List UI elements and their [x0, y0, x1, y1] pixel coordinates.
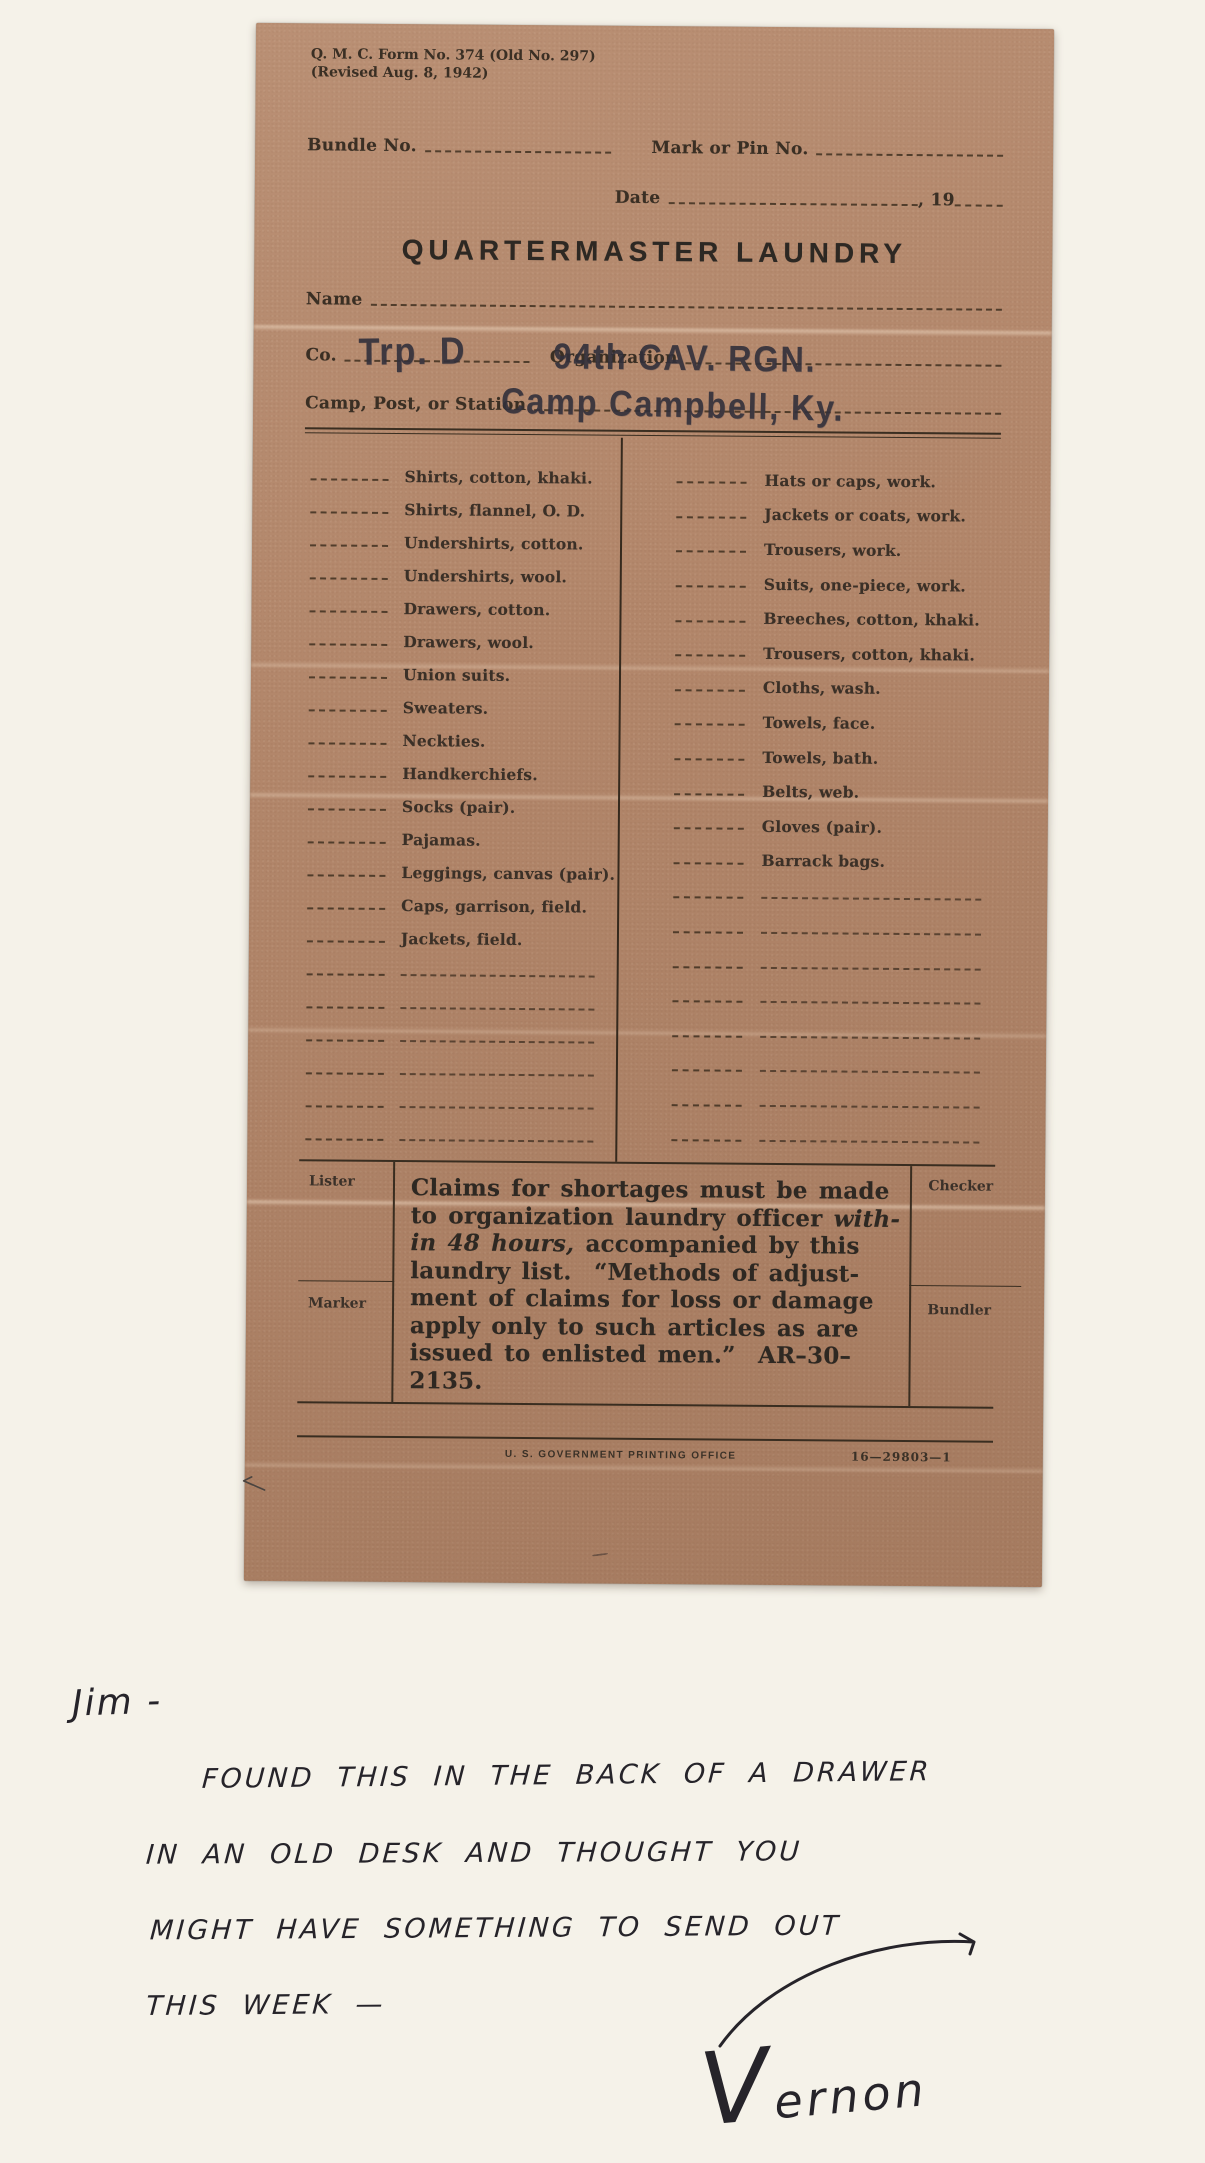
laundry-item-label: Caps, garrison, field.: [401, 896, 587, 916]
laundry-item-label: Trousers, work.: [764, 540, 902, 560]
quantity-blank: [673, 966, 743, 969]
bundle-no-blank: [425, 150, 612, 153]
laundry-item-label: Pajamas.: [402, 830, 481, 850]
claims-line: Claims for shortages must be made: [411, 1174, 901, 1205]
laundry-item-label: Neckties.: [402, 731, 485, 751]
quantity-blank: [311, 478, 389, 481]
pen-arrow-mark: [239, 1475, 267, 1499]
laundry-item-row: Towels, bath.: [674, 739, 990, 776]
laundry-item-row: Handkerchiefs.: [308, 756, 604, 791]
laundry-item-row: Pajamas.: [308, 822, 604, 857]
quantity-blank: [309, 676, 387, 679]
quantity-blank: [309, 709, 387, 712]
item-blank-line: [761, 897, 981, 901]
item-blank-line: [760, 1036, 980, 1040]
quantity-blank: [672, 1000, 742, 1003]
laundry-item-row-blank: [305, 1119, 601, 1154]
claims-line: ment of claims for loss or damage: [410, 1284, 900, 1315]
laundry-item-row: Socks (pair).: [308, 789, 604, 824]
laundry-item-label: Breeches, cotton, khaki.: [763, 609, 980, 630]
laundry-item-row: Undershirts, cotton.: [310, 525, 606, 560]
laundry-item-label: Undershirts, cotton.: [404, 533, 584, 553]
printing-office-line: U. S. GOVERNMENT PRINTING OFFICE: [505, 1449, 737, 1462]
quantity-blank: [675, 620, 745, 623]
laundry-item-row: Drawers, wool.: [309, 624, 605, 659]
laundry-item-label: Suits, one-piece, work.: [764, 574, 966, 595]
laundry-item-label: Belts, web.: [762, 782, 859, 802]
item-blank-line: [401, 974, 595, 978]
laundry-item-row: Leggings, canvas (pair).: [307, 855, 603, 890]
laundry-item-row: Trousers, work.: [676, 531, 992, 568]
paper-crease: [245, 1463, 1043, 1473]
laundry-item-row: Jackets or coats, work.: [676, 497, 992, 534]
claims-line: issued to enlisted men.” AR–30–: [410, 1339, 900, 1370]
laundry-item-row: Shirts, flannel, O. D.: [310, 492, 606, 527]
quantity-blank: [674, 793, 744, 796]
laundry-item-row: Breeches, cotton, khaki.: [675, 601, 991, 638]
marker-cell: Marker: [297, 1281, 394, 1402]
quantity-blank: [675, 724, 745, 727]
laundry-item-row: Undershirts, wool.: [310, 558, 606, 593]
co-label: Co.: [305, 345, 337, 365]
year-label: , 19: [918, 190, 955, 210]
laundry-item-row-blank: [671, 1119, 987, 1156]
quantity-blank: [676, 551, 746, 554]
quantity-blank: [308, 841, 386, 844]
quantity-blank: [672, 1035, 742, 1038]
laundry-item-row-blank: [673, 912, 989, 949]
laundry-item-row: Drawers, cotton.: [309, 591, 605, 626]
form-number-line2: (Revised Aug. 8, 1942): [311, 64, 671, 85]
quantity-blank: [675, 689, 745, 692]
laundry-item-row-blank: [672, 1016, 988, 1053]
laundry-item-label: Socks (pair).: [402, 797, 516, 817]
item-blank-line: [400, 1040, 594, 1044]
laundry-item-row: Union suits.: [309, 657, 605, 692]
laundry-item-row: Jackets, field.: [307, 921, 603, 956]
laundry-item-row-blank: [673, 877, 989, 914]
laundry-item-row: Caps, garrison, field.: [307, 888, 603, 923]
item-blank-line: [400, 1106, 594, 1110]
items-column-left: Shirts, cotton, khaki. Shirts, flannel, …: [299, 435, 621, 1154]
quantity-blank: [308, 742, 386, 745]
date-row: Date , 19: [615, 188, 1003, 211]
item-blank-line: [761, 966, 981, 970]
laundry-item-row-blank: [307, 954, 603, 989]
item-blank-line: [400, 1073, 594, 1077]
quantity-blank: [307, 940, 385, 943]
quantity-blank: [310, 511, 388, 514]
quantity-blank: [310, 610, 388, 613]
quantity-blank: [674, 758, 744, 761]
date-blank: [668, 202, 918, 206]
laundry-item-row-blank: [673, 947, 989, 984]
quantity-blank: [306, 1072, 384, 1075]
laundry-item-row: Hats or caps, work.: [676, 462, 992, 499]
quantity-blank: [308, 775, 386, 778]
laundry-item-label: Barrack bags.: [761, 851, 885, 871]
laundry-item-row: Shirts, cotton, khaki.: [310, 459, 606, 494]
laundry-item-label: Drawers, wool.: [403, 632, 534, 652]
laundry-item-label: Jackets or coats, work.: [764, 505, 966, 526]
print-code: 16—29803—1: [851, 1450, 952, 1465]
mark-or-pin-blank: [817, 153, 1004, 156]
bundle-row: Bundle No. Mark or Pin No.: [307, 135, 1003, 160]
item-blank-line: [760, 1070, 980, 1074]
item-blank-line: [761, 932, 981, 936]
laundry-item-label: Cloths, wash.: [763, 678, 881, 698]
laundry-item-label: Trousers, cotton, khaki.: [763, 644, 975, 665]
laundry-item-row: Sweaters.: [309, 690, 605, 725]
item-blank-line: [759, 1139, 979, 1143]
laundry-item-label: Gloves (pair).: [762, 817, 882, 837]
laundry-items-table: Shirts, cotton, khaki. Shirts, flannel, …: [299, 435, 1001, 1157]
laundry-item-row: Gloves (pair).: [674, 808, 990, 845]
laundry-item-label: Leggings, canvas (pair).: [401, 863, 615, 884]
laundry-item-label: Shirts, cotton, khaki.: [404, 467, 592, 487]
laundry-item-row: Towels, face.: [675, 704, 991, 741]
laundry-item-label: Drawers, cotton.: [403, 599, 550, 619]
note-line: FOUND THIS IN THE BACK OF A DRAWER: [201, 1756, 932, 1795]
item-blank-line: [760, 1001, 980, 1005]
claims-line: 2135.: [409, 1367, 899, 1398]
form-title: QUARTERMASTER LAUNDRY: [306, 233, 1002, 270]
quantity-blank: [306, 1105, 384, 1108]
quantity-blank: [675, 654, 745, 657]
note-line: THIS WEEK —: [145, 1989, 386, 2022]
company-stamp: Trp. D: [358, 330, 466, 374]
claims-line: apply only to such articles as are: [410, 1312, 900, 1343]
quantity-blank: [307, 973, 385, 976]
quantity-blank: [307, 874, 385, 877]
laundry-item-row: Barrack bags.: [673, 843, 989, 880]
quantity-blank: [307, 907, 385, 910]
laundry-form-paper: Q. M. C. Form No. 374 (Old No. 297) (Rev…: [244, 23, 1054, 1587]
laundry-item-label: Hats or caps, work.: [764, 471, 936, 491]
form-number: Q. M. C. Form No. 374 (Old No. 297) (Rev…: [311, 45, 671, 84]
note-line: IN AN OLD DESK AND THOUGHT YOU: [145, 1836, 803, 1870]
quantity-blank: [676, 585, 746, 588]
name-blank: [370, 304, 1001, 311]
station-stamp: Camp Campbell, Ky.: [501, 380, 845, 430]
quantity-blank: [677, 482, 747, 485]
quantity-blank: [308, 808, 386, 811]
laundry-item-row-blank: [306, 1086, 602, 1121]
laundry-item-row-blank: [306, 987, 602, 1022]
quantity-blank: [306, 1039, 384, 1042]
quantity-blank: [310, 544, 388, 547]
quantity-blank: [673, 897, 743, 900]
laundry-item-row-blank: [672, 981, 988, 1018]
date-label: Date: [615, 188, 661, 208]
note-greeting: Jim -: [71, 1680, 163, 1724]
claims-notice-text: Claims for shortages must be made to org…: [393, 1162, 910, 1406]
laundry-item-row: Neckties.: [308, 723, 604, 758]
item-blank-line: [760, 1105, 980, 1109]
quantity-blank: [674, 862, 744, 865]
claims-line: laundry list. “Methods of adjust-: [410, 1257, 900, 1288]
lister-cell: Lister: [298, 1161, 395, 1282]
bundle-no-label: Bundle No.: [307, 135, 417, 156]
name-row: Name: [306, 289, 1002, 314]
laundry-item-row-blank: [306, 1053, 602, 1088]
item-blank-line: [400, 1007, 594, 1011]
footer-rule: [297, 1435, 993, 1442]
item-blank-line: [399, 1139, 593, 1143]
laundry-item-label: Towels, face.: [763, 713, 876, 733]
items-column-right: Hats or caps, work. Jackets or coats, wo…: [615, 438, 1001, 1158]
checker-cell: Checker: [910, 1166, 1023, 1287]
bundler-cell: Bundler: [909, 1286, 1022, 1407]
signature: Vernon: [695, 2012, 930, 2148]
quantity-blank: [673, 931, 743, 934]
pen-small-mark: [592, 1553, 608, 1557]
laundry-item-label: Union suits.: [403, 665, 510, 685]
quantity-blank: [309, 643, 387, 646]
laundry-item-row: Belts, web.: [674, 774, 990, 811]
laundry-item-label: Undershirts, wool.: [404, 566, 567, 586]
quantity-blank: [305, 1138, 383, 1141]
laundry-item-label: Shirts, flannel, O. D.: [404, 500, 585, 520]
claims-notice-box: Lister Marker Claims for shortages must …: [297, 1159, 995, 1408]
quantity-blank: [676, 516, 746, 519]
laundry-item-row: Trousers, cotton, khaki.: [675, 635, 991, 672]
quantity-blank: [671, 1139, 741, 1142]
laundry-item-row-blank: [672, 1085, 988, 1122]
name-label: Name: [306, 289, 363, 309]
mark-or-pin-label: Mark or Pin No.: [651, 138, 808, 159]
claims-line: in 48 hours, accompanied by this: [410, 1229, 900, 1260]
laundry-item-row-blank: [306, 1020, 602, 1055]
quantity-blank: [672, 1104, 742, 1107]
quantity-blank: [674, 827, 744, 830]
station-label: Camp, Post, or Station: [305, 393, 526, 415]
quantity-blank: [306, 1006, 384, 1009]
scanned-page: Q. M. C. Form No. 374 (Old No. 297) (Rev…: [0, 0, 1205, 2163]
year-blank: [955, 204, 1003, 206]
laundry-item-label: Towels, bath.: [762, 747, 878, 767]
laundry-item-label: Sweaters.: [403, 698, 489, 718]
claims-line: to organization laundry officer with-: [411, 1202, 901, 1233]
quantity-blank: [310, 577, 388, 580]
laundry-item-label: Handkerchiefs.: [402, 764, 538, 784]
laundry-item-row: Cloths, wash.: [675, 670, 991, 707]
laundry-item-row: Suits, one-piece, work.: [676, 566, 992, 603]
laundry-item-row-blank: [672, 1050, 988, 1087]
organization-stamp: 94th CAV. RGN.: [553, 335, 816, 381]
laundry-item-label: Jackets, field.: [401, 929, 523, 949]
quantity-blank: [672, 1070, 742, 1073]
